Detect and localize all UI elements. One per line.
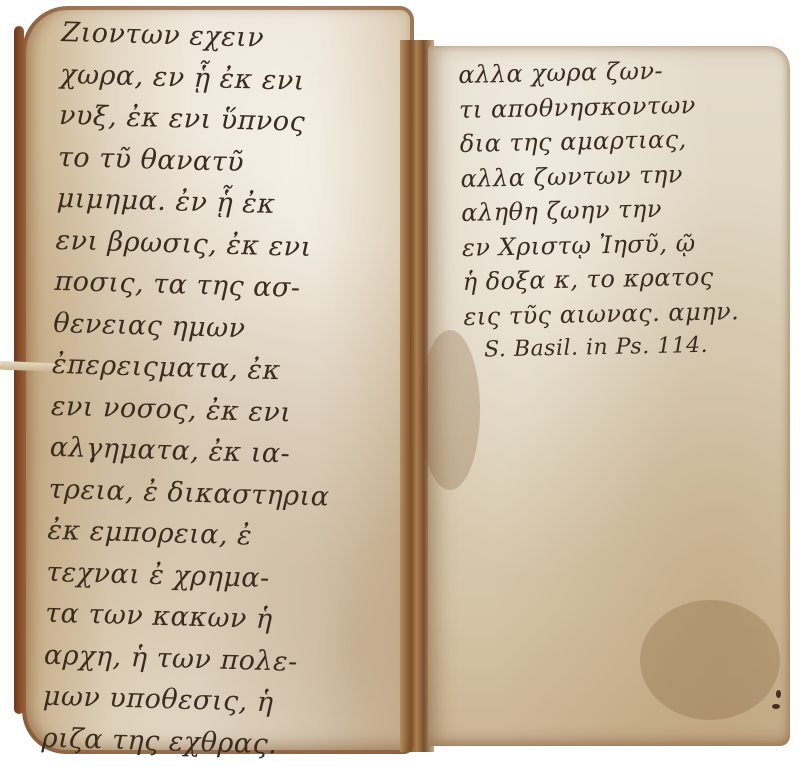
- open-manuscript-book: Ζιοντων εχειν χωρα, εν ᾗ ἐκ ενι νυξ, ἐκ …: [0, 0, 800, 772]
- ink-blot: [776, 690, 781, 698]
- manuscript-line: ριζα της εχθρας.: [41, 717, 382, 768]
- left-page-text: Ζιοντων εχειν χωρα, εν ᾗ ἐκ ενι νυξ, ἐκ …: [41, 12, 402, 768]
- citation: S. Basil. in Ps. 114.: [464, 327, 785, 368]
- manuscript-line: εις τῦς αιωνας. αμην.: [463, 293, 784, 334]
- right-page-text: αλλα χωρα ζων- τι αποθνησκοντων δια της …: [458, 51, 784, 368]
- page-stain: [640, 600, 780, 720]
- ink-blot: [772, 704, 780, 709]
